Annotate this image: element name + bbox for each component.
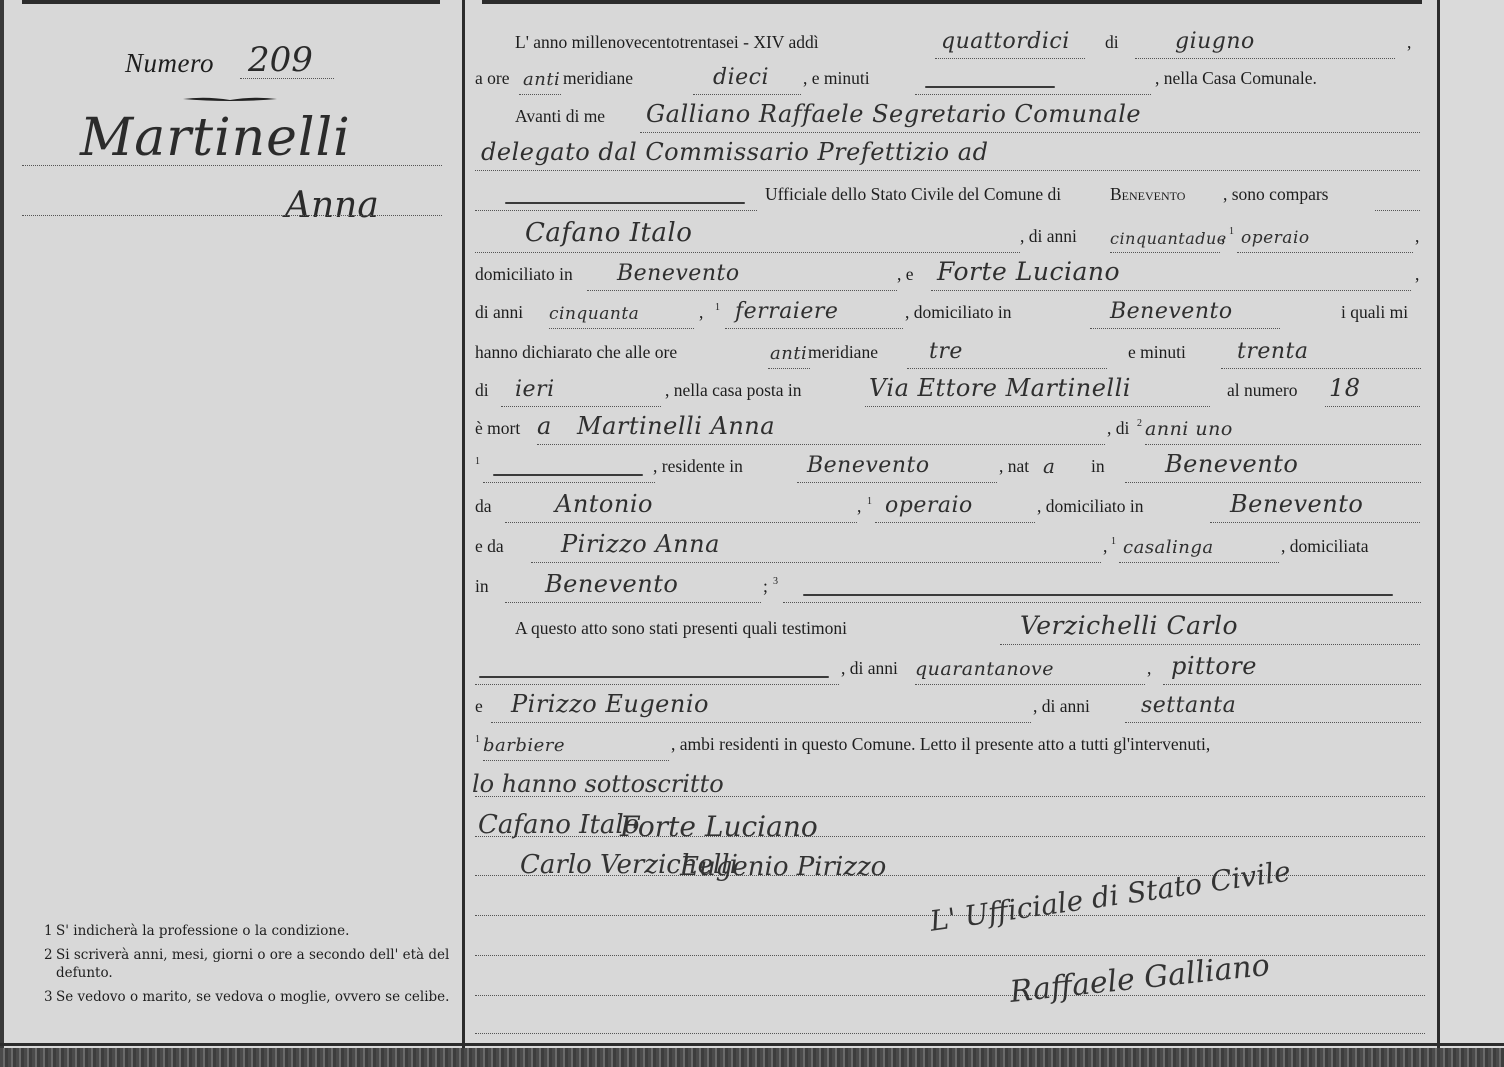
act-line-10: di ieri , nella casa posta in Via Ettore… xyxy=(475,380,1425,414)
field-condition xyxy=(483,456,655,483)
act-line-8: di anni cinquanta ,1 ferraiere , domicil… xyxy=(475,302,1425,336)
left-border xyxy=(0,0,4,1067)
act-line-11: è mort aMartinelli Anna , di2 anni uno xyxy=(475,418,1425,452)
act-line-15: in Benevento ;3 xyxy=(475,576,1425,610)
field-age-1: cinquantadue xyxy=(1110,226,1220,253)
act-line-19: 1 barbiere , ambi residenti in questo Co… xyxy=(475,734,1425,768)
field-age-deceased: anni uno xyxy=(1145,418,1421,445)
field-mother-profession: casalinga xyxy=(1119,536,1279,563)
field-father: Antonio xyxy=(505,496,857,523)
act-line-4: delegato dal Commissario Prefettizio ad xyxy=(475,144,1425,178)
act-line-18: e Pirizzo Eugenio , di anni settanta xyxy=(475,696,1425,730)
numero-label: Numero xyxy=(125,48,214,79)
numero-value: 209 xyxy=(248,40,313,80)
field-witness-2-profession: barbiere xyxy=(483,734,669,761)
bottom-border xyxy=(0,1048,1504,1067)
act-line-5: Ufficiale dello Stato Civile del Comune … xyxy=(475,184,1425,218)
column-divider xyxy=(462,0,465,1060)
deceased-surname: Martinelli xyxy=(80,108,351,168)
closing-formula: lo hanno sottoscritto xyxy=(472,770,724,798)
field-father-profession: operaio xyxy=(875,496,1035,523)
field-birthplace: Benevento xyxy=(1125,456,1421,483)
act-line-17: , di anni quarantanove , pittore xyxy=(475,658,1425,692)
act-line-6: Cafano Italo , di anni cinquantadue ,1 o… xyxy=(475,226,1425,260)
act-line-3: Avanti di me Galliano Raffaele Segretari… xyxy=(475,106,1425,140)
act-line-14: e da Pirizzo Anna ,1 casalinga , domicil… xyxy=(475,536,1425,570)
field-witness-1-age: quarantanove xyxy=(915,658,1145,685)
act-line-7: domiciliato in Benevento , e Forte Lucia… xyxy=(475,264,1425,298)
field-minutes xyxy=(915,68,1151,95)
act-line-9: hanno dichiarato che alle ore anti merid… xyxy=(475,342,1425,376)
act-line-16: A questo atto sono stati presenti quali … xyxy=(475,618,1425,652)
field-hour-2: tre xyxy=(907,342,1107,369)
field-domicile-1: Benevento xyxy=(587,264,897,291)
field-month: giugno xyxy=(1135,32,1395,59)
field-domicile-2: Benevento xyxy=(1090,302,1280,329)
field-residence: Benevento xyxy=(797,456,997,483)
signature-line-7 xyxy=(475,1033,1425,1034)
field-officer: Galliano Raffaele Segretario Comunale xyxy=(640,106,1420,133)
signature-line-5 xyxy=(475,955,1425,956)
signature-officer-name: Raffaele Galliano xyxy=(1008,948,1271,1010)
field-ampm: anti xyxy=(519,68,561,95)
field-profession-2: ferraiere xyxy=(725,302,903,329)
left-top-rule xyxy=(22,0,440,4)
field-father-domicile: Benevento xyxy=(1210,496,1420,523)
footnotes: 1S' indicherà la professione o la condiz… xyxy=(44,922,454,1012)
field-witness-2-age: settanta xyxy=(1125,696,1421,723)
adjacent-page-margin xyxy=(1440,0,1504,1048)
footnote-1: 1S' indicherà la professione o la condiz… xyxy=(44,922,454,940)
act-line-2: a ore anti meridiane dieci , e minuti , … xyxy=(475,68,1425,102)
field-witness-1-profession: pittore xyxy=(1163,658,1421,685)
numero-dotted-line xyxy=(240,78,334,79)
signature-officer-title: L' Ufficiale di Stato Civile xyxy=(928,855,1293,938)
field-profession-1: operaio xyxy=(1237,226,1413,253)
field-hour: dieci xyxy=(693,68,801,95)
field-witness-1: Verzichelli Carlo xyxy=(1000,618,1420,645)
flourish-ornament xyxy=(183,96,277,102)
field-deceased: aMartinelli Anna xyxy=(537,418,1105,445)
document-page: Numero 209 Martinelli Anna 1S' indicherà… xyxy=(0,0,1504,1067)
field-street: Via Ettore Martinelli xyxy=(865,380,1210,407)
field-civil-status xyxy=(783,576,1421,603)
field-age-2: cinquanta xyxy=(549,302,694,329)
field-death-day: ieri xyxy=(501,380,661,407)
signature-line-6 xyxy=(475,995,1425,996)
surname-dotted-line xyxy=(22,165,442,166)
field-minutes-2: trenta xyxy=(1221,342,1421,369)
field-mother-domicile: Benevento xyxy=(505,576,761,603)
signature-declarant-2: Forte Luciano xyxy=(620,810,818,843)
field-ampm-2: anti xyxy=(768,342,810,369)
field-witness-1-cont xyxy=(475,658,839,685)
act-line-13: da Antonio ,1 operaio , domiciliato in B… xyxy=(475,496,1425,530)
field-mother: Pirizzo Anna xyxy=(531,536,1101,563)
deceased-given-name: Anna xyxy=(285,185,379,226)
top-rule xyxy=(482,0,1422,4)
signature-declarant-1: Cafano Italo xyxy=(478,810,639,840)
field-officer-cont: delegato dal Commissario Prefettizio ad xyxy=(475,144,1420,171)
field-declarant-2: Forte Luciano xyxy=(931,264,1411,291)
field-witness-2: Pirizzo Eugenio xyxy=(491,696,1031,723)
footnote-2: 2Si scriverà anni, mesi, giorni o ore a … xyxy=(44,946,454,982)
field-day: quattordici xyxy=(935,32,1085,59)
field-declarant-1: Cafano Italo xyxy=(475,226,1020,253)
act-line-12: 1 , residente in Benevento , nat a in Be… xyxy=(475,456,1425,490)
field-house-number: 18 xyxy=(1325,380,1420,407)
signature-witness-2: Eugenio Pirizzo xyxy=(680,852,886,882)
given-name-dotted-line xyxy=(22,215,442,216)
footnote-3: 3Se vedovo o marito, se vedova o moglie,… xyxy=(44,988,454,1006)
act-line-1: L' anno millenovecentotrentasei - XIV ad… xyxy=(475,32,1425,66)
field-blank xyxy=(475,184,757,211)
